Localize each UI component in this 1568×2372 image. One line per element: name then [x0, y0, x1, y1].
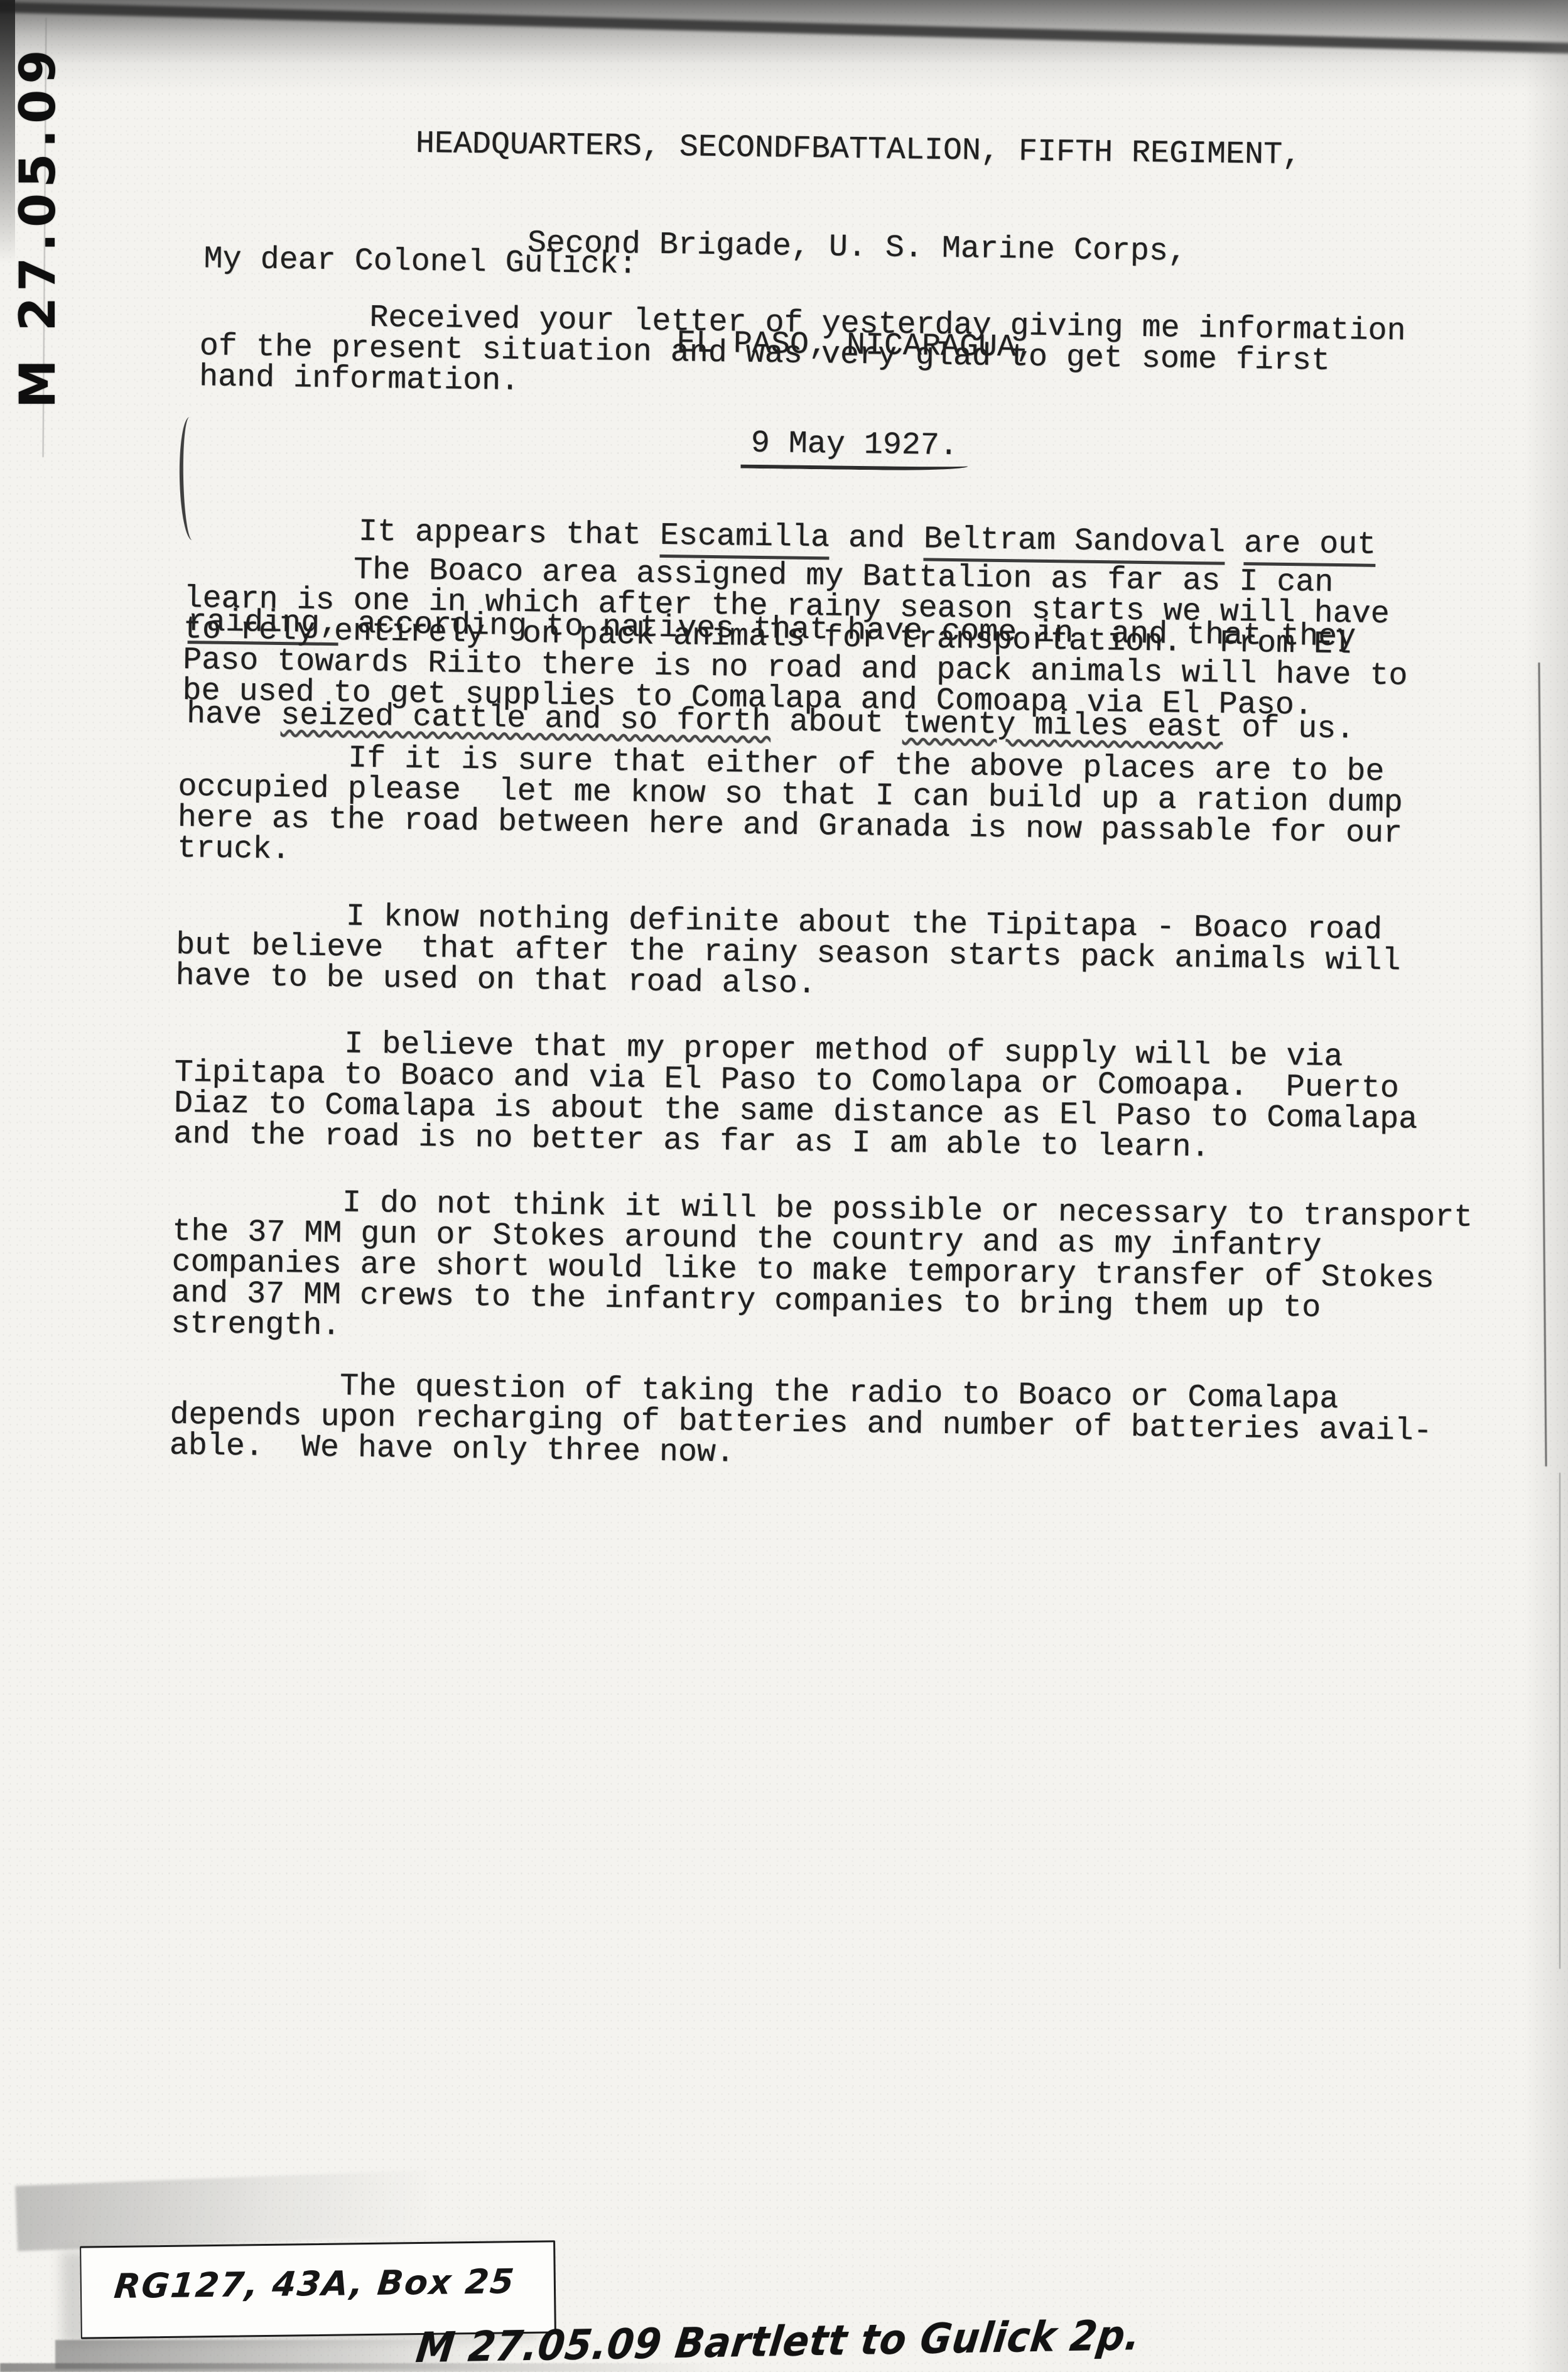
underlined-escamilla: Escamilla	[660, 518, 830, 560]
scanned-letter-page: M 27.05.09 HEADQUARTERS, SECONDFBATTALIO…	[0, 0, 1568, 2372]
paragraph-ration-dump: If it is sure that either of the above p…	[177, 741, 1403, 880]
text-segment	[1225, 526, 1245, 561]
letterhead-line-1: HEADQUARTERS, SECONDFBATTALION, FIFTH RE…	[187, 125, 1530, 175]
text-segment: and	[830, 520, 924, 557]
scan-right-edge-texture	[1524, 0, 1568, 2372]
margin-code-vertical: M 27.05.09	[10, 44, 67, 408]
typed-letter-body: HEADQUARTERS, SECONDFBATTALION, FIFTH RE…	[167, 0, 1532, 1650]
right-fold-line-lower	[1559, 1473, 1560, 1969]
paragraph-received-letter: Received your letter of yesterday giving…	[199, 300, 1406, 408]
archive-label-text: RG127, 43A, Box 25	[112, 2261, 556, 2306]
paragraph-supply-method: I believe that my proper method of suppl…	[173, 1027, 1419, 1166]
paragraph-tipitapa-road: I know nothing definite about the Tipita…	[175, 899, 1401, 1008]
underlined-are-out: are out	[1244, 526, 1376, 567]
underlined-beltram-sandoval: Beltram Sandoval	[924, 521, 1226, 565]
paragraph-37mm-stokes: I do not think it will be possible or ne…	[171, 1186, 1473, 1357]
paragraph-boaco-area: The Boaco area assigned my Battalion as …	[182, 553, 1408, 723]
paragraph-radio-batteries: The question of taking the radio to Boac…	[170, 1369, 1433, 1478]
text-segment: It appears that	[189, 512, 661, 554]
salutation: My dear Colonel Gulick:	[203, 244, 637, 280]
pencil-smudge	[15, 2170, 432, 2251]
